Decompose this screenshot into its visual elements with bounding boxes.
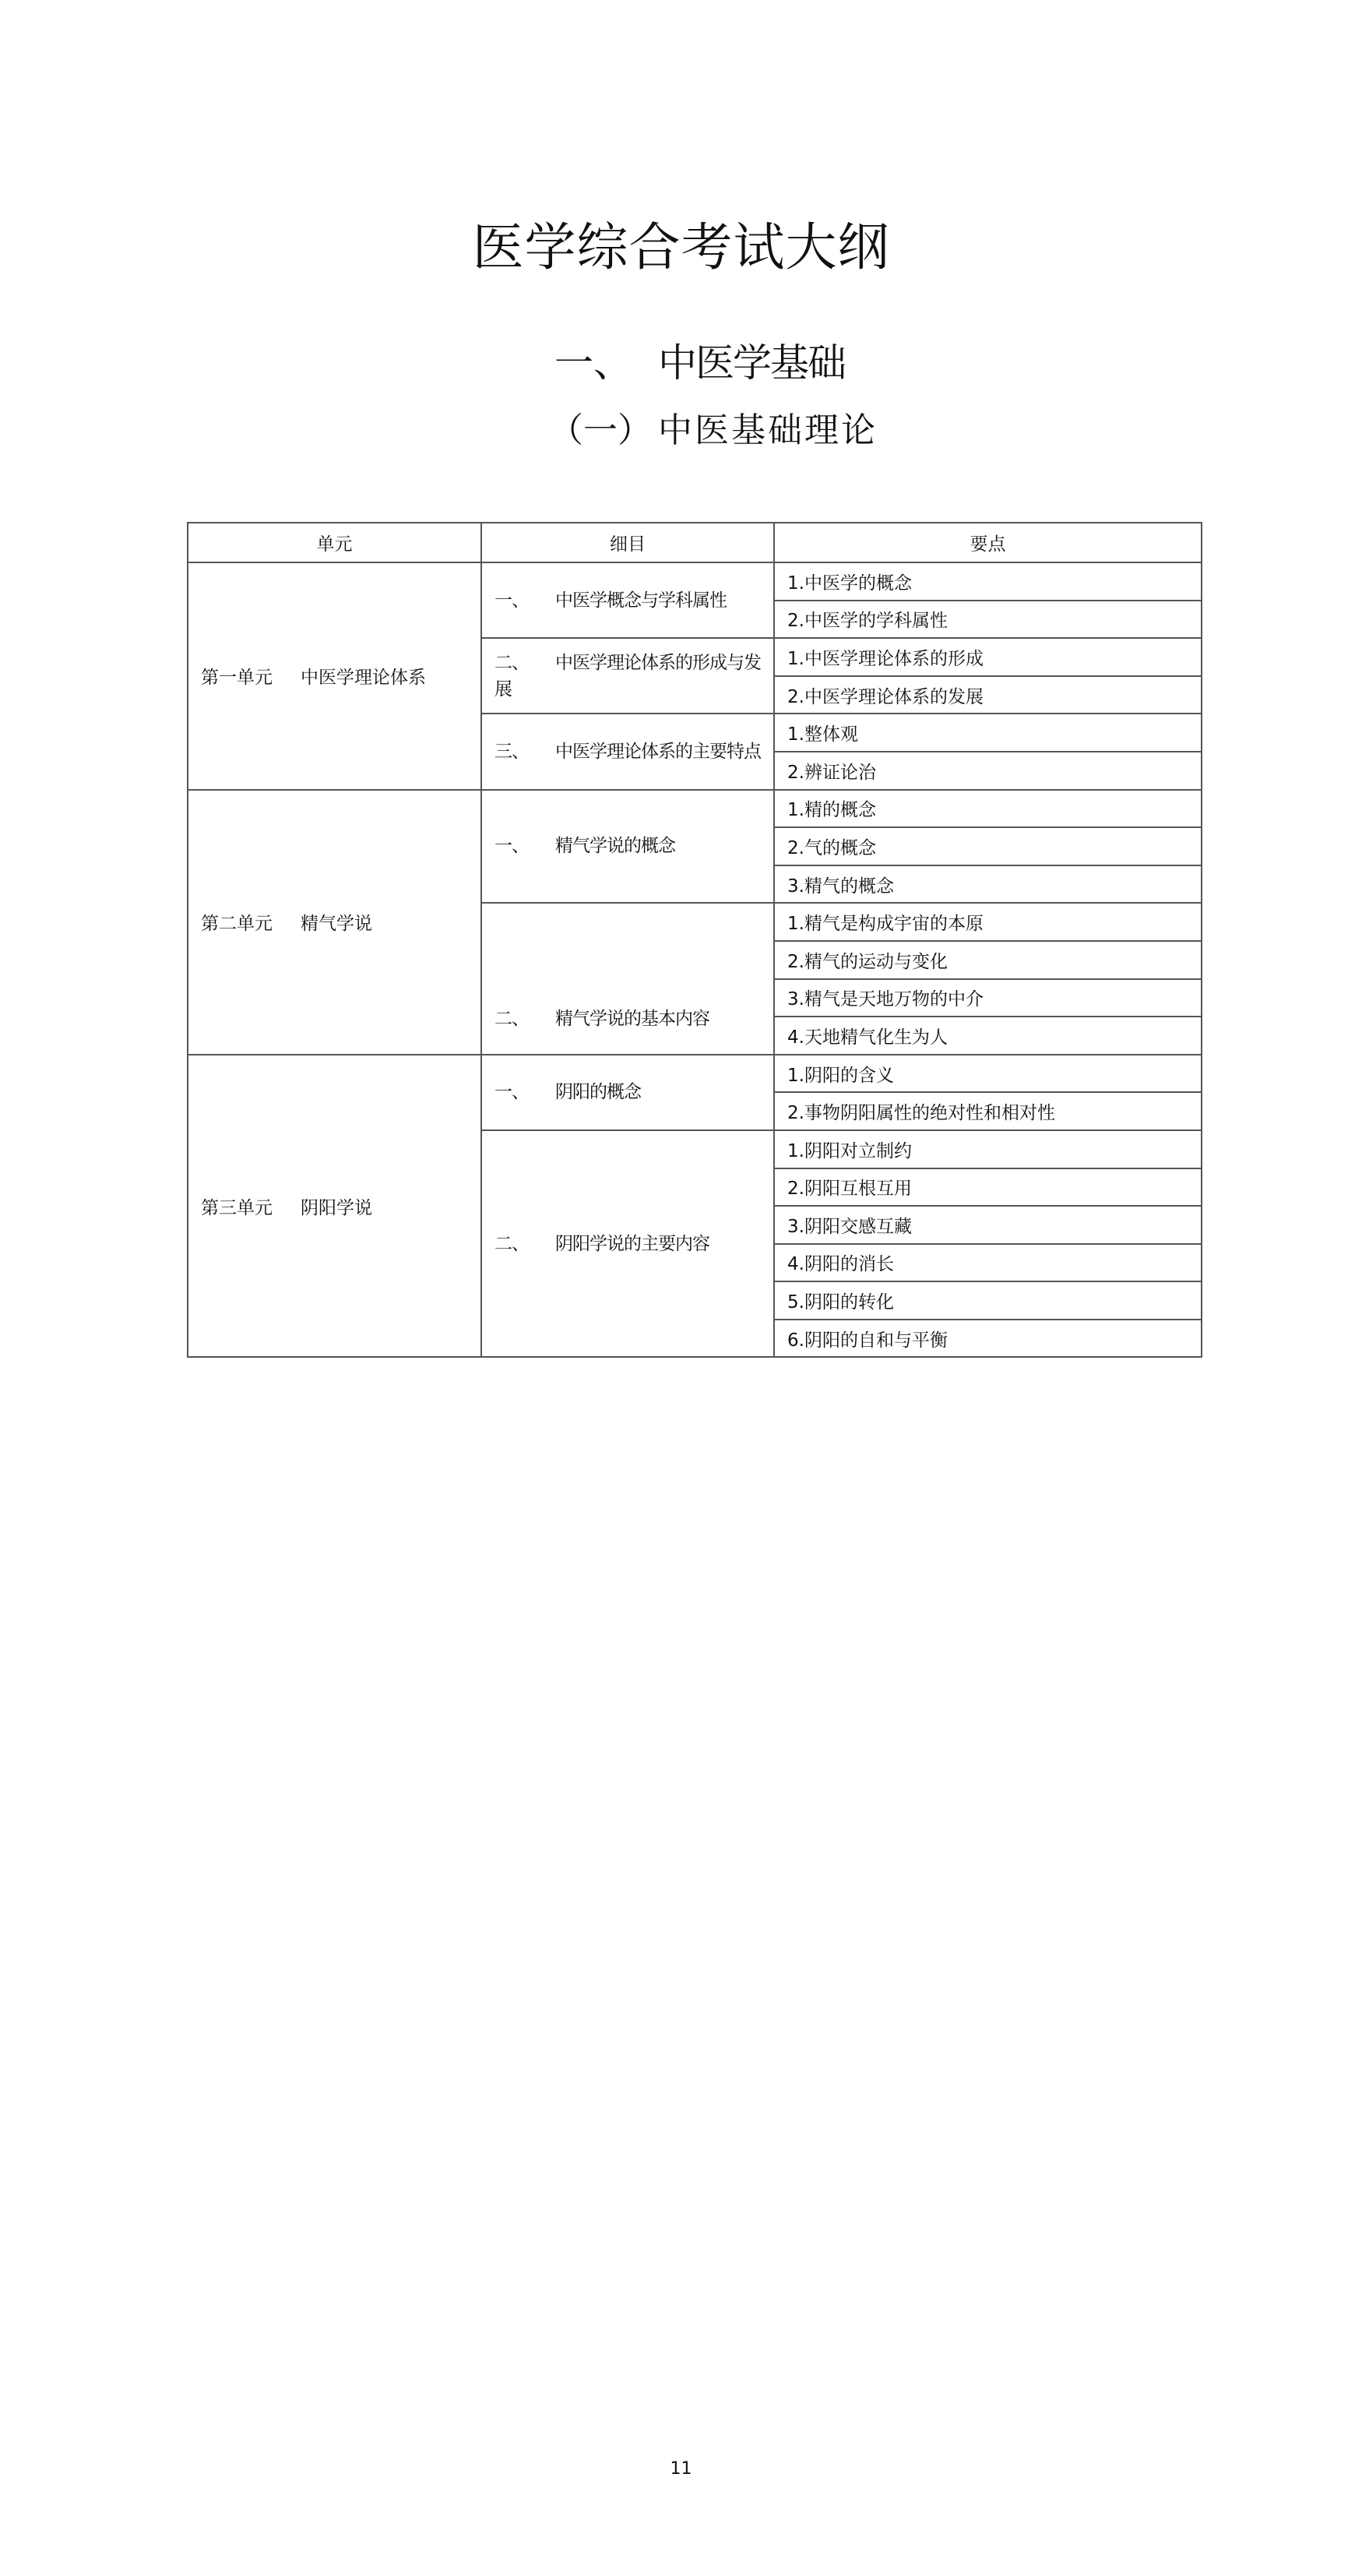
item-name: 精气学说的概念 — [555, 836, 675, 856]
item-number: 二、 — [494, 1234, 529, 1254]
item-number: 二、 — [494, 653, 529, 673]
syllabus-table: 单元 细目 要点 第一单元中医学理论体系 一、中医学概念与学科属性 1.中医学的… — [187, 522, 1202, 1358]
item-cell: 一、中医学概念与学科属性 — [481, 562, 774, 638]
unit-number: 第一单元 — [201, 668, 273, 688]
point-cell: 1.整体观 — [774, 714, 1202, 752]
item-cell: 一、精气学说的概念 — [481, 790, 774, 904]
item-cell: 二、阴阳学说的主要内容 — [481, 1130, 774, 1358]
page-number: 11 — [0, 2459, 1362, 2479]
item-cell: 三、中医学理论体系的主要特点 — [481, 714, 774, 789]
item-number: 一、 — [494, 590, 529, 611]
section-label: 中医学基础 — [658, 340, 845, 386]
item-number: 一、 — [494, 836, 529, 856]
point-cell: 3.阴阳交感互藏 — [774, 1206, 1202, 1244]
point-cell: 2.中医学理论体系的发展 — [774, 676, 1202, 714]
item-name: 阴阳学说的主要内容 — [555, 1234, 709, 1254]
header-item: 细目 — [481, 523, 774, 562]
point-cell: 1.精气是构成宇宙的本原 — [774, 903, 1202, 941]
point-cell: 5.阴阳的转化 — [774, 1281, 1202, 1320]
unit-cell: 第二单元精气学说 — [188, 790, 481, 1055]
point-cell: 3.精气的概念 — [774, 865, 1202, 904]
table-header-row: 单元 细目 要点 — [188, 523, 1202, 562]
header-unit: 单元 — [188, 523, 481, 562]
point-cell: 2.辨证论治 — [774, 752, 1202, 790]
item-name: 中医学概念与学科属性 — [555, 590, 727, 611]
item-cell: 二、精气学说的基本内容 — [481, 903, 774, 1054]
point-cell: 4.阴阳的消长 — [774, 1244, 1202, 1282]
point-cell: 4.天地精气化生为人 — [774, 1017, 1202, 1055]
item-number: 三、 — [494, 742, 529, 762]
subsection-label: 中医基础理论 — [658, 410, 878, 452]
subsection-number: （一） — [549, 410, 652, 452]
unit-name: 阴阳学说 — [301, 1198, 372, 1218]
unit-name: 中医学理论体系 — [301, 668, 426, 688]
unit-number: 第二单元 — [201, 914, 273, 934]
item-cell: 一、阴阳的概念 — [481, 1055, 774, 1130]
document-title: 医学综合考试大纲 — [0, 217, 1362, 279]
point-cell: 2.事物阴阳属性的绝对性和相对性 — [774, 1092, 1202, 1130]
point-cell: 2.阴阳互根互用 — [774, 1168, 1202, 1207]
point-cell: 2.精气的运动与变化 — [774, 941, 1202, 979]
point-cell: 1.中医学理论体系的形成 — [774, 638, 1202, 676]
table-row: 第二单元精气学说 一、精气学说的概念 1.精的概念 — [188, 790, 1202, 828]
item-name: 中医学理论体系的形成与发展 — [494, 653, 761, 700]
point-cell: 1.中医学的概念 — [774, 562, 1202, 601]
section-number: 一、 — [554, 340, 632, 386]
item-name: 阴阳的概念 — [555, 1082, 641, 1102]
point-cell: 6.阴阳的自和与平衡 — [774, 1320, 1202, 1358]
unit-cell: 第三单元阴阳学说 — [188, 1055, 481, 1358]
point-cell: 2.中医学的学科属性 — [774, 601, 1202, 639]
unit-number: 第三单元 — [201, 1198, 273, 1218]
item-number: 一、 — [494, 1082, 529, 1102]
point-cell: 1.阴阳的含义 — [774, 1055, 1202, 1093]
item-name: 中医学理论体系的主要特点 — [555, 742, 761, 762]
point-cell: 1.阴阳对立制约 — [774, 1130, 1202, 1168]
item-cell: 二、中医学理论体系的形成与发展 — [481, 638, 774, 714]
header-point: 要点 — [774, 523, 1202, 562]
point-cell: 3.精气是天地万物的中介 — [774, 979, 1202, 1017]
item-name: 精气学说的基本内容 — [555, 1009, 709, 1029]
table-row: 第一单元中医学理论体系 一、中医学概念与学科属性 1.中医学的概念 — [188, 562, 1202, 601]
point-cell: 2.气的概念 — [774, 827, 1202, 865]
unit-name: 精气学说 — [301, 914, 372, 934]
unit-cell: 第一单元中医学理论体系 — [188, 562, 481, 790]
point-cell: 1.精的概念 — [774, 790, 1202, 828]
item-number: 二、 — [494, 1009, 529, 1029]
table-row: 第三单元阴阳学说 一、阴阳的概念 1.阴阳的含义 — [188, 1055, 1202, 1093]
